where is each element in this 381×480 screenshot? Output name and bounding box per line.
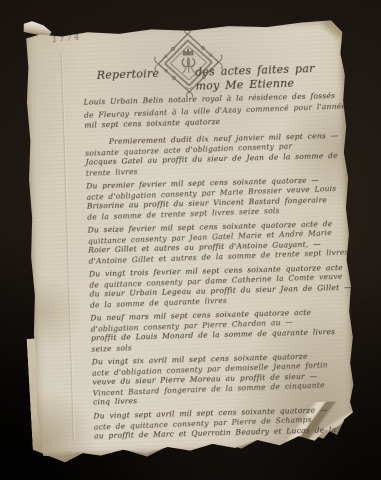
paragraph-entry-7: Du vingt sept avril mil sept cens soixan… [93, 404, 350, 442]
binding-crease [60, 54, 75, 441]
corner-fold-top-right [309, 19, 344, 46]
title-word: Repertoire [97, 67, 160, 83]
manuscript-photo: 1774 [0, 0, 381, 480]
paragraph-entry-1: Premierement dudit dix neuf janvier mil … [85, 130, 342, 178]
paragraph-entry-2: Du premier fevrier mil sept cens soixant… [86, 174, 343, 222]
stamp-gap [159, 76, 195, 77]
paragraph-entry-5: Du neuf mars mil sept cens soixante quat… [90, 306, 347, 354]
manuscript-page: 1774 [23, 19, 356, 459]
paragraph-entry-3: Du seize fevrier mil sept cens soixante … [88, 218, 345, 266]
year-annotation: 1774 [51, 32, 81, 46]
paragraph-entry-4: Du vingt trois fevrier mil sept cens soi… [89, 262, 346, 310]
title-rest: des actes faites par moy Me Etienne [195, 61, 339, 93]
paragraph-entry-6: Du vingt six avril mil sept cens soixant… [92, 350, 349, 408]
paragraph-heading: Louis Urbain Belin notaire royal à la ré… [83, 89, 340, 132]
corner-flap-top-left [21, 20, 53, 38]
manuscript-text: Repertoire des actes faites par moy Me E… [83, 61, 351, 445]
